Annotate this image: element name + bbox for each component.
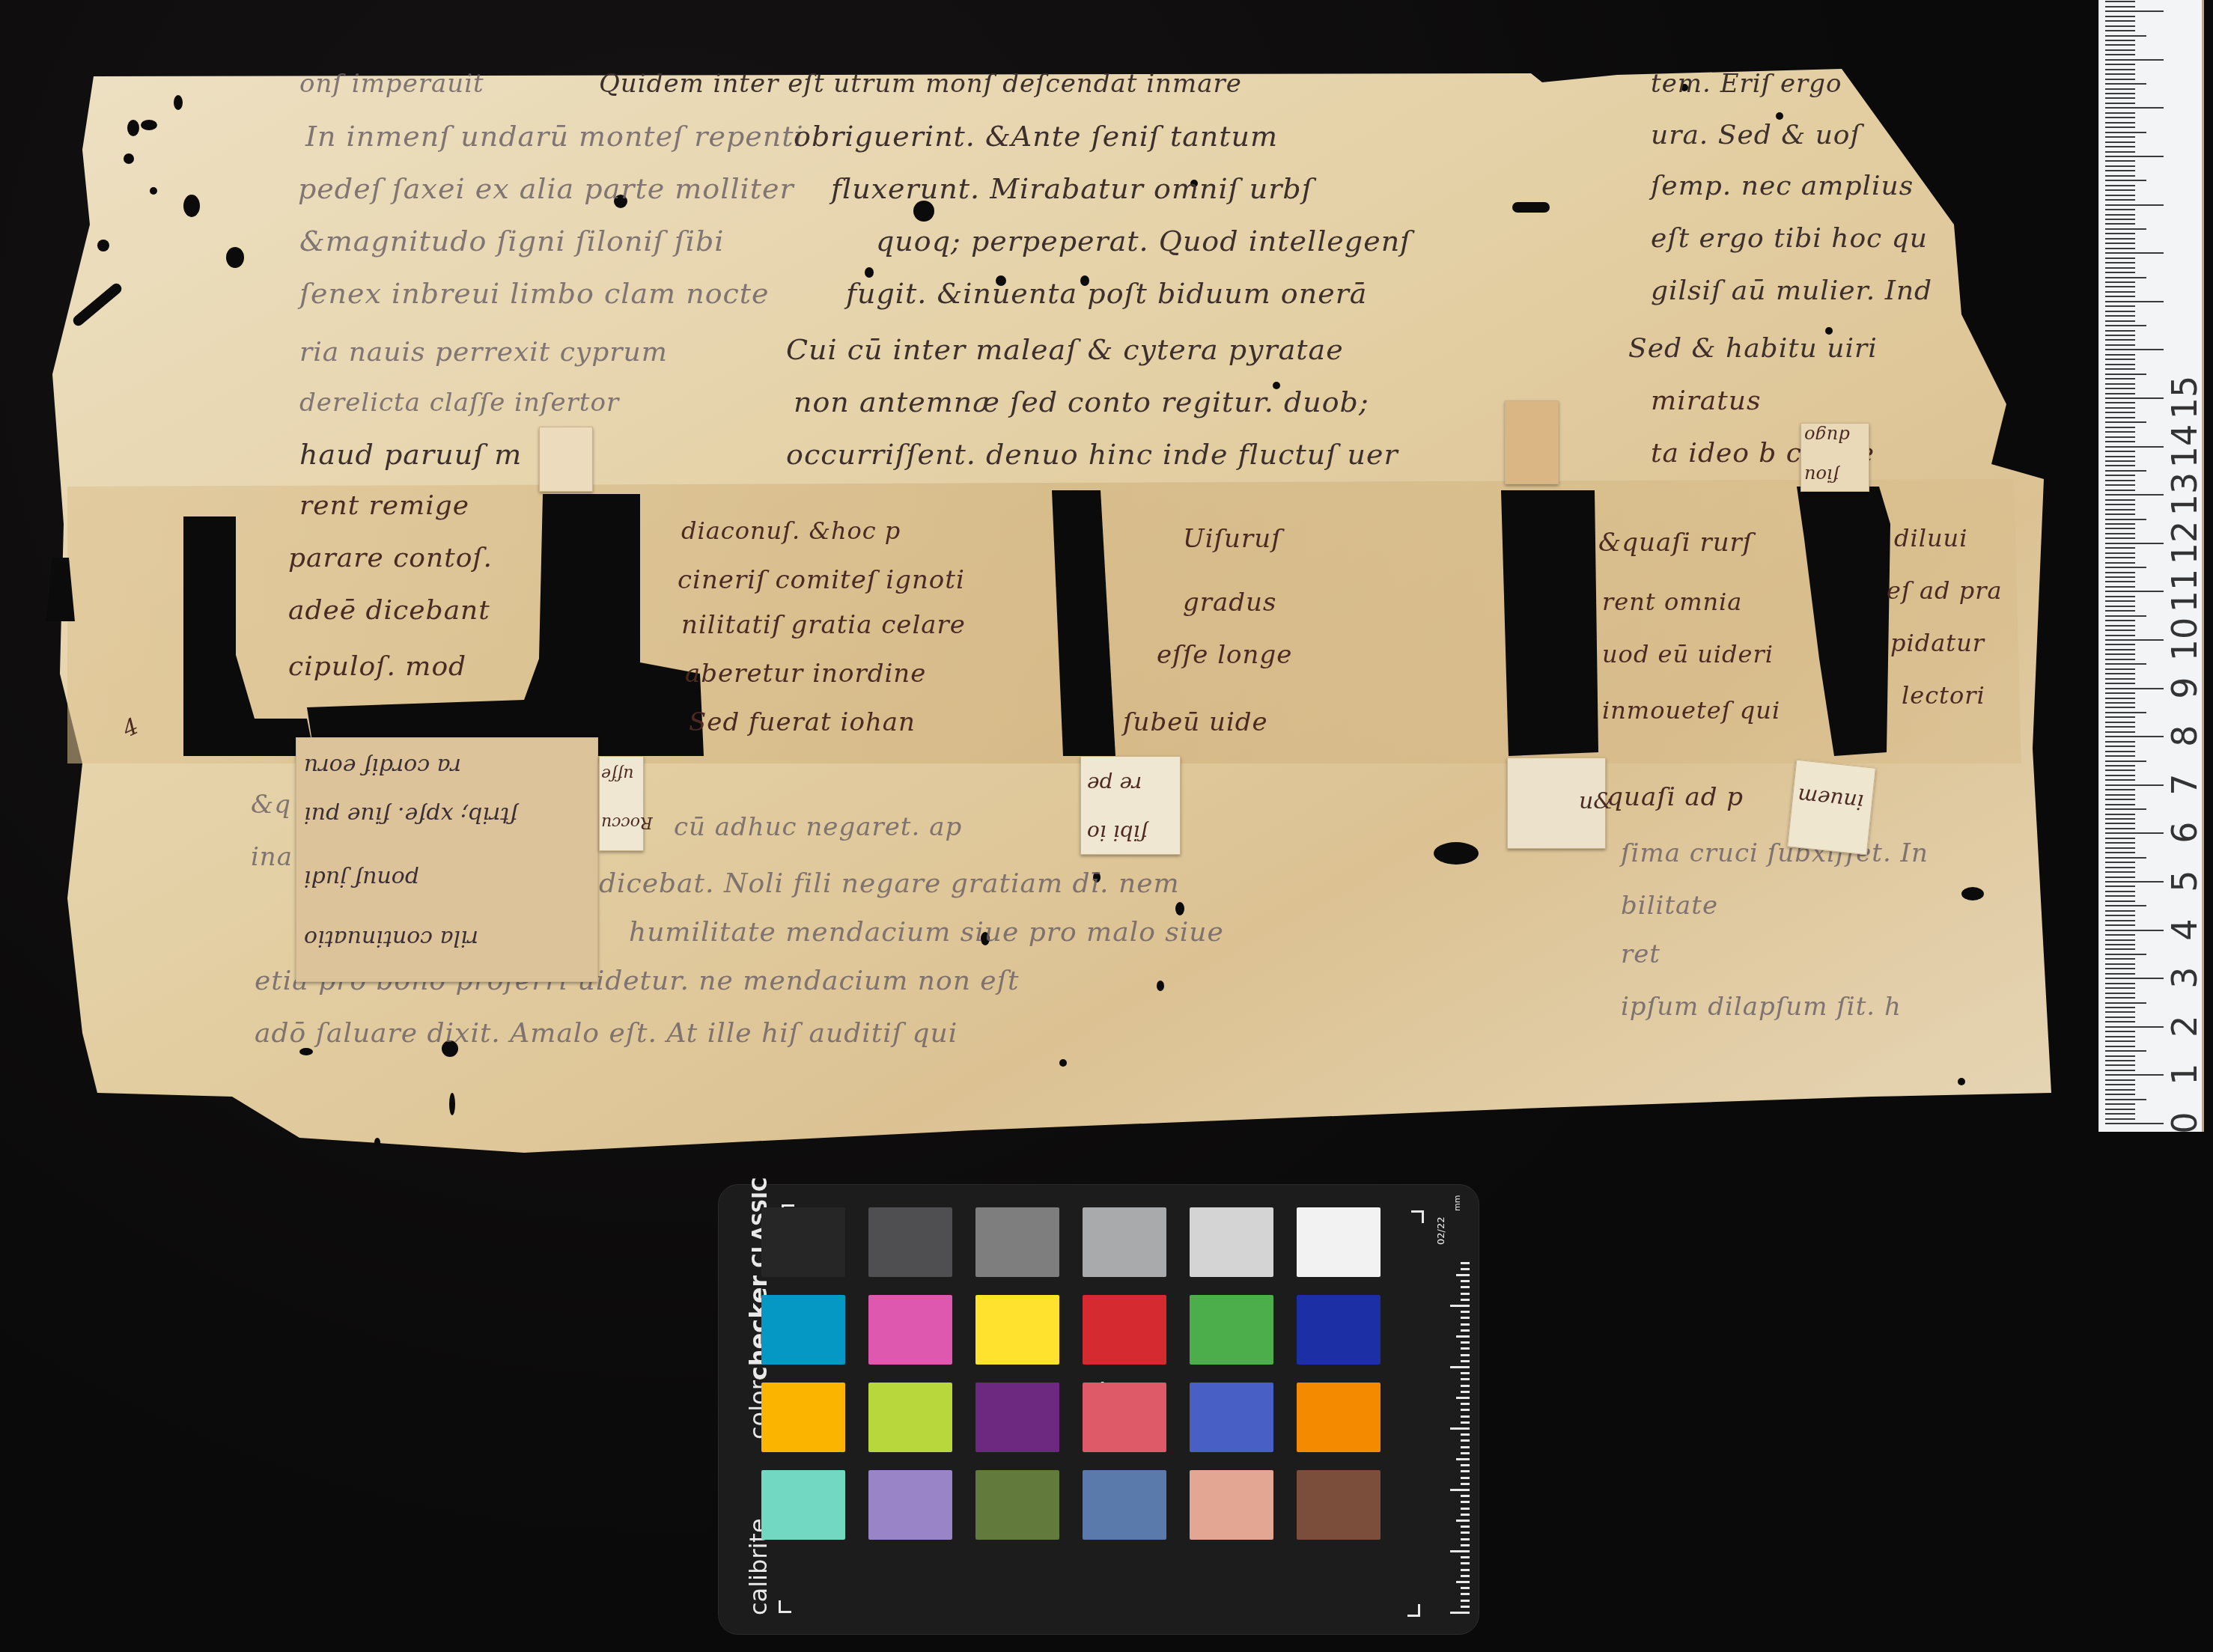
- ruler-tick: [2105, 862, 2135, 863]
- ruler-tick: [2105, 562, 2135, 564]
- hole: [124, 153, 134, 164]
- card-scale-tick: [1461, 1531, 1470, 1534]
- ruler-label: 2: [2167, 1004, 2202, 1049]
- ruler-tick: [2105, 1060, 2135, 1061]
- card-scale-tick: [1461, 1470, 1470, 1472]
- color-swatch: [761, 1470, 845, 1540]
- hole: [183, 195, 200, 217]
- ruler-tick: [2105, 930, 2164, 931]
- ruler-tick: [2105, 871, 2135, 873]
- ruler-tick: [2105, 93, 2135, 94]
- ruler-tick: [2105, 552, 2135, 554]
- ruler-tick: [2105, 59, 2164, 61]
- ruler-tick: [2105, 272, 2135, 273]
- ruler-tick: [2105, 596, 2135, 597]
- card-scale-tick: [1461, 1452, 1470, 1454]
- ruler-tick: [2105, 987, 2135, 989]
- ruler-tick: [2105, 1113, 2135, 1115]
- card-scale-tick: [1461, 1385, 1470, 1387]
- ruler-tick: [2105, 1021, 2135, 1022]
- ruler-tick: [2105, 620, 2135, 621]
- card-scale-tick: [1450, 1550, 1470, 1552]
- ruler-tick: [2105, 1074, 2164, 1076]
- ruler-tick: [2105, 54, 2135, 55]
- ruler-tick: [2105, 484, 2135, 486]
- ms-line: aberetur inordine: [685, 659, 926, 689]
- ms-line: bilitate: [1621, 891, 1718, 921]
- ruler-label: 15: [2167, 375, 2202, 420]
- ruler-tick: [2105, 378, 2135, 380]
- color-swatch: [1083, 1207, 1166, 1277]
- ms-line: ina: [251, 842, 293, 872]
- card-scale-tick: [1461, 1317, 1470, 1319]
- ruler-label: 9: [2167, 665, 2202, 710]
- color-swatch: [868, 1207, 952, 1277]
- ruler-tick: [2105, 6, 2135, 7]
- card-scale-tick: [1461, 1299, 1470, 1301]
- ruler-tick: [2105, 83, 2146, 85]
- ruler-tick: [2105, 698, 2135, 699]
- ruler-tick: [2105, 112, 2135, 114]
- ms-line: cineriſ comiteſ ignoti: [678, 565, 965, 595]
- ruler-tick: [2105, 301, 2164, 302]
- ruler-tick: [2105, 1118, 2135, 1120]
- hole: [865, 267, 874, 278]
- card-scale-tick: [1461, 1593, 1470, 1595]
- ruler-tick: [2105, 364, 2135, 365]
- repair-patch-e: inuem: [1787, 760, 1876, 856]
- ruler-tick: [2105, 180, 2146, 181]
- color-swatch: [1190, 1295, 1273, 1365]
- card-scale-tick: [1461, 1495, 1470, 1497]
- hole: [1059, 1059, 1067, 1067]
- hole: [1776, 112, 1783, 120]
- ruler-tick: [2105, 397, 2164, 399]
- ruler-tick: [2105, 339, 2135, 341]
- card-scale-tick: [1461, 1378, 1470, 1380]
- card-scale-tick: [1461, 1329, 1470, 1332]
- ruler-tick: [2105, 513, 2135, 515]
- color-swatch: [1083, 1470, 1166, 1540]
- card-scale-tick: [1450, 1366, 1470, 1368]
- ms-line: nilitatiſ gratia celare: [681, 610, 966, 640]
- ruler-tick: [2105, 44, 2135, 46]
- ruler-tick: [2105, 374, 2146, 375]
- ruler-tick: [2105, 417, 2135, 418]
- ruler-tick: [2105, 228, 2146, 230]
- ruler-tick: [2105, 958, 2135, 960]
- ruler-tick: [2105, 1036, 2135, 1037]
- patch-text: ſiou: [1804, 465, 1839, 486]
- ruler-tick: [2105, 73, 2135, 75]
- ms-line: quoq; perpeperat. Quod intellegenſ: [876, 225, 1411, 257]
- hole: [299, 1048, 313, 1055]
- ms-line: derelicta claſſe inſertor: [299, 388, 619, 418]
- ruler-tick: [2105, 146, 2135, 147]
- card-scale-tick: [1456, 1274, 1470, 1276]
- card-scale-tick: [1456, 1520, 1470, 1522]
- ms-line: &magnitudo ſigni ſiloniſ ſibi: [299, 225, 724, 257]
- ruler-tick: [2105, 847, 2135, 849]
- ruler-tick: [2105, 64, 2135, 65]
- ruler-tick: [2105, 475, 2135, 476]
- ruler-tick: [2105, 886, 2135, 887]
- card-scale-tick: [1450, 1427, 1470, 1430]
- ms-line: Uiſuruſ: [1183, 524, 1282, 554]
- ruler-tick: [2105, 688, 2164, 689]
- ms-line: cipuloſ. mod: [288, 651, 466, 682]
- color-swatch: [975, 1295, 1059, 1365]
- ruler-tick: [2105, 349, 2164, 350]
- ruler-tick: [2105, 1017, 2135, 1018]
- ruler-tick: [2105, 223, 2135, 225]
- color-swatch: [1190, 1383, 1273, 1452]
- hole: [1434, 842, 1479, 865]
- ruler-tick: [2105, 635, 2135, 636]
- ruler-tick: [2105, 814, 2135, 815]
- ms-line: ipſum dilapſum ſit. h: [1621, 992, 1902, 1022]
- ruler-tick: [2105, 185, 2135, 186]
- ms-line: dicebat. Noli fili negare gratiam dī. ne…: [599, 868, 1180, 899]
- ruler-tick: [2105, 107, 2164, 109]
- ruler-tick: [2105, 755, 2135, 757]
- card-scale-tick: [1461, 1421, 1470, 1424]
- ruler-tick: [2105, 1002, 2146, 1004]
- ruler-tick: [2105, 702, 2135, 704]
- ruler-label: 7: [2167, 762, 2202, 807]
- ruler-tick: [2105, 630, 2135, 631]
- ruler-tick: [2105, 257, 2135, 259]
- ruler-tick: [2105, 165, 2135, 167]
- ruler-tick: [2105, 1070, 2135, 1071]
- card-scale-tick: [1461, 1311, 1470, 1313]
- card-scale-tick: [1461, 1354, 1470, 1356]
- ruler-label: 1: [2167, 1052, 2202, 1097]
- ruler-tick: [2105, 427, 2135, 428]
- ruler-tick: [2105, 335, 2135, 336]
- card-scale-tick: [1461, 1446, 1470, 1448]
- ruler-tick: [2105, 769, 2135, 771]
- ruler-tick: [2105, 412, 2135, 413]
- patch-text: ra cordiſ eoru: [304, 753, 461, 779]
- ruler-tick: [2105, 311, 2135, 312]
- ruler-tick: [2105, 320, 2135, 322]
- ruler-tick: [2105, 519, 2146, 520]
- card-scale-tick: [1461, 1569, 1470, 1571]
- ruler-tick: [2105, 649, 2135, 650]
- card-scale-tick: [1461, 1439, 1470, 1442]
- ms-line: ret: [1621, 939, 1660, 969]
- ruler-tick: [2105, 238, 2135, 240]
- repair-patch-d: u&: [1507, 758, 1606, 849]
- ruler-tick: [2105, 1094, 2135, 1095]
- ruler-tick: [2105, 731, 2135, 733]
- patch-text: rila continuatio: [304, 925, 478, 951]
- ms-line: diaconuſ. &hoc p: [681, 516, 901, 545]
- ruler-tick: [2105, 954, 2146, 955]
- ruler-tick: [2105, 436, 2135, 438]
- ruler-tick: [2105, 262, 2135, 263]
- ruler-tick: [2105, 233, 2135, 234]
- ruler-tick: [2105, 1007, 2135, 1008]
- ruler-tick: [2105, 441, 2135, 442]
- ruler-tick: [2105, 1103, 2135, 1105]
- ruler-tick: [2105, 668, 2135, 670]
- card-scale-tick: [1461, 1415, 1470, 1418]
- card-scale-tick: [1461, 1409, 1470, 1411]
- corner-mark: [779, 1600, 791, 1613]
- ruler-tick: [2105, 494, 2164, 496]
- ruler-tick: [2105, 746, 2135, 747]
- ruler-tick: [2105, 315, 2135, 317]
- ruler-tick: [2105, 547, 2135, 549]
- ms-line: tem. Eriſ ergo: [1651, 69, 1842, 99]
- ruler-tick: [2105, 726, 2135, 728]
- ruler-tick: [2105, 736, 2164, 737]
- ruler-tick: [2105, 465, 2135, 466]
- hole: [150, 187, 157, 195]
- ruler-tick: [2105, 35, 2146, 37]
- ruler-tick: [2105, 1055, 2135, 1057]
- ms-line: Cui cū inter maleaſ & cytera pyratae: [786, 333, 1344, 366]
- repair-patch-f: dugo ſiou: [1800, 423, 1869, 492]
- ruler-tick: [2105, 983, 2135, 984]
- ruler-tick: [2105, 644, 2135, 645]
- ms-line: ria nauis perrexit cyprum: [299, 337, 668, 368]
- ms-line: ura. Sed & uoſ: [1651, 120, 1861, 150]
- ruler-tick: [2105, 480, 2135, 481]
- card-scale-tick: [1450, 1612, 1470, 1614]
- ms-line: Quidem inter eſt utrum monſ deſcendat in…: [599, 69, 1242, 99]
- ms-line: onſ imperauit: [299, 69, 484, 99]
- ruler-tick: [2105, 1031, 2135, 1032]
- ms-line: diluui: [1894, 524, 1967, 552]
- ruler-tick: [2105, 470, 2146, 472]
- ruler-tick: [2105, 591, 2164, 592]
- color-swatch: [975, 1207, 1059, 1277]
- card-scale-tick: [1461, 1483, 1470, 1485]
- ruler-tick: [2105, 431, 2135, 433]
- ruler-tick: [2105, 504, 2135, 505]
- hole: [127, 120, 139, 136]
- card-scale-tick: [1461, 1280, 1470, 1282]
- ruler-tick: [2105, 267, 2135, 269]
- ruler-tick: [2105, 175, 2135, 177]
- ruler-tick: [2105, 900, 2135, 902]
- ruler-label: 12: [2167, 520, 2202, 565]
- ruler-tick: [2105, 663, 2146, 665]
- ruler-tick: [2105, 277, 2146, 278]
- ruler-label: 10: [2167, 617, 2202, 662]
- ruler-label: 5: [2167, 859, 2202, 903]
- ruler-tick: [2105, 808, 2146, 810]
- ms-line: fugit. &inuenta poſt biduum onerā: [846, 277, 1367, 310]
- patch-text: ponuſ judi: [304, 865, 419, 891]
- ruler-tick: [2105, 881, 2164, 883]
- ms-line: eſt ergo tibi hoc qu: [1651, 223, 1928, 254]
- ruler-tick: [2105, 948, 2135, 950]
- ruler-tick: [2105, 252, 2164, 254]
- ruler-tick: [2105, 160, 2135, 162]
- ruler-tick: [2105, 857, 2146, 859]
- ms-line: humilitate mendacium siue pro malo siue: [629, 917, 1224, 948]
- ruler-tick: [2105, 219, 2135, 220]
- ruler-tick: [2105, 136, 2135, 138]
- ruler-tick: [2105, 88, 2135, 90]
- card-scale-tick: [1461, 1538, 1470, 1540]
- scale-ruler-cm: 0123456789101112131415: [2098, 0, 2204, 1132]
- hole: [1961, 887, 1984, 900]
- ruler-tick: [2105, 895, 2135, 897]
- ms-line: haud paruuſ m: [299, 438, 522, 471]
- card-scale-tick: [1456, 1581, 1470, 1583]
- card-scale-tick: [1461, 1341, 1470, 1344]
- ruler-tick: [2105, 528, 2135, 529]
- ruler-tick: [2105, 195, 2135, 196]
- ms-line: non antemnæ ſed conto regitur. duob;: [794, 385, 1369, 418]
- ruler-tick: [2105, 543, 2164, 544]
- ms-line: lectori: [1902, 681, 1985, 710]
- card-scale-tick: [1461, 1575, 1470, 1577]
- ms-line: &q: [251, 790, 291, 820]
- ruler-tick: [2105, 388, 2135, 389]
- color-swatch: [1297, 1295, 1381, 1365]
- ruler-tick: [2105, 49, 2135, 51]
- ruler-tick: [2105, 1046, 2135, 1047]
- repair-patch-a: ra cordiſ eoru ſtrib; xpſe. ſiue pui pon…: [296, 737, 598, 982]
- ruler-tick: [2105, 122, 2135, 124]
- ruler-tick: [2105, 968, 2135, 969]
- card-scale-tick: [1461, 1403, 1470, 1405]
- ruler-tick: [2105, 248, 2135, 249]
- ruler-tick: [2105, 852, 2135, 853]
- ms-line: eſſe longe: [1157, 640, 1292, 670]
- color-swatch: [1297, 1470, 1381, 1540]
- ruler-tick: [2105, 751, 2135, 752]
- ruler-tick: [2105, 625, 2135, 627]
- ruler-label: 3: [2167, 955, 2202, 1000]
- ruler-tick: [2105, 141, 2135, 143]
- ruler-tick: [2105, 1123, 2164, 1124]
- ruler-tick: [2105, 1109, 2135, 1110]
- ruler-tick: [2105, 151, 2135, 153]
- ruler-tick: [2105, 610, 2135, 612]
- color-swatch: [868, 1383, 952, 1452]
- ruler-label: 14: [2167, 424, 2202, 469]
- ruler-tick: [2105, 446, 2164, 448]
- color-checker-card: calibrite colorchecker CLASSIC 02/22 mm …: [719, 1185, 1479, 1634]
- hole: [226, 247, 244, 268]
- repair-patch-b: uſſe Roccu: [599, 756, 644, 851]
- ruler-tick: [2105, 296, 2135, 297]
- card-scale-tick: [1461, 1477, 1470, 1479]
- color-swatch: [1083, 1295, 1166, 1365]
- patch-text: uſſe: [601, 764, 633, 783]
- ruler-tick: [2105, 330, 2135, 332]
- ruler-tick: [2105, 867, 2135, 868]
- ms-line: rent remige: [299, 490, 469, 521]
- ruler-tick: [2105, 305, 2135, 307]
- hole: [374, 1138, 380, 1147]
- color-swatch: [761, 1295, 845, 1365]
- ruler-tick: [2105, 939, 2135, 941]
- patch-text: u&: [1579, 788, 1613, 814]
- color-swatch: [1190, 1470, 1273, 1540]
- ruler-tick: [2105, 910, 2135, 912]
- ms-line: adeē dicebant: [288, 595, 490, 626]
- ruler-tick: [2105, 712, 2146, 713]
- ruler-tick: [2105, 189, 2135, 191]
- ruler-tick: [2105, 291, 2135, 293]
- ruler-tick: [2105, 10, 2164, 12]
- card-scale-tick: [1461, 1606, 1470, 1608]
- ruler-tick: [2105, 368, 2135, 370]
- ruler-tick: [2105, 170, 2135, 171]
- ms-line: occurriſſent. denuo hinc inde fluctuſ ue…: [786, 438, 1398, 471]
- card-scale-tick: [1461, 1556, 1470, 1558]
- ms-line: pedeſ ſaxei ex alia parte molliter: [298, 172, 794, 205]
- ruler-tick: [2105, 741, 2135, 743]
- color-swatch: [868, 1470, 952, 1540]
- ruler-tick: [2105, 581, 2135, 582]
- ms-line: ſubeū uide: [1123, 707, 1268, 737]
- card-scale-tick: [1461, 1464, 1470, 1466]
- hole: [1512, 202, 1550, 213]
- card-scale-tick: [1461, 1587, 1470, 1589]
- ruler-tick: [2105, 421, 2146, 423]
- ruler-tick: [2105, 1079, 2135, 1081]
- hole: [174, 95, 183, 110]
- date-code: 02/22: [1436, 1217, 1447, 1245]
- ruler-tick: [2105, 209, 2135, 210]
- ruler-tick: [2105, 40, 2135, 41]
- ruler-label: 8: [2167, 713, 2202, 758]
- hole: [141, 120, 157, 130]
- card-scale-tick: [1456, 1335, 1470, 1338]
- ruler-tick: [2105, 673, 2135, 674]
- color-swatch: [1190, 1207, 1273, 1277]
- ruler-tick: [2105, 69, 2135, 70]
- ruler-tick: [2105, 993, 2135, 994]
- ruler-tick: [2105, 1099, 2146, 1100]
- ruler-tick: [2105, 997, 2135, 999]
- ruler-tick: [2105, 716, 2135, 718]
- ruler-tick: [2105, 523, 2135, 525]
- ruler-tick: [2105, 934, 2135, 936]
- ruler-tick: [2105, 615, 2146, 617]
- ruler-tick: [2105, 16, 2135, 17]
- patch-text: re pe: [1087, 772, 1142, 796]
- ruler-tick: [2105, 1040, 2135, 1042]
- card-scale-tick: [1461, 1544, 1470, 1546]
- ruler-tick: [2105, 924, 2135, 926]
- ruler-tick: [2105, 79, 2135, 80]
- ms-line: parare contoſ.: [288, 543, 493, 573]
- ruler-tick: [2105, 344, 2135, 346]
- ms-line: fluxerunt. Mirabatur omniſ urbſ: [831, 172, 1313, 205]
- card-scale-tick: [1461, 1525, 1470, 1528]
- ruler-tick: [2105, 692, 2135, 694]
- ruler-tick: [2105, 799, 2135, 800]
- ruler-tick: [2105, 25, 2135, 27]
- repair-patch-c: re pe ſibi io: [1080, 756, 1181, 855]
- ms-line: gilsiſ aū mulier. Ind: [1651, 275, 1932, 306]
- ms-line: Sed fuerat iohan: [689, 707, 916, 737]
- ruler-tick: [2105, 832, 2164, 834]
- ruler-tick: [2105, 359, 2135, 360]
- ruler-tick: [2105, 828, 2135, 829]
- ruler-tick: [2105, 567, 2146, 568]
